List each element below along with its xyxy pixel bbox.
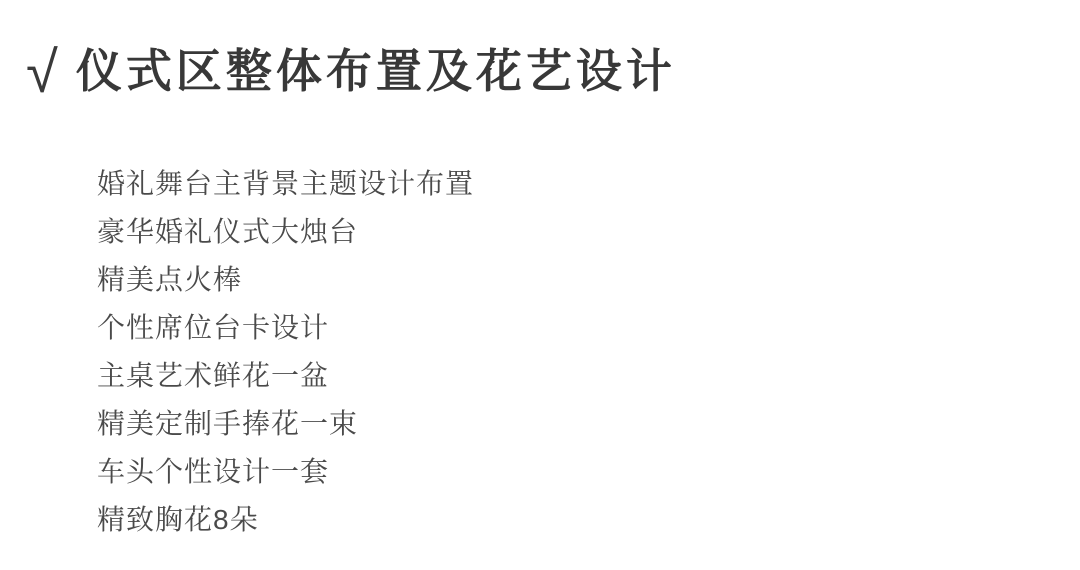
list-item: 婚礼舞台主背景主题设计布置 (97, 160, 474, 208)
list-item: 个性席位台卡设计 (97, 304, 474, 352)
list-item: 豪华婚礼仪式大烛台 (97, 208, 474, 256)
section-header: √ 仪式区整体布置及花艺设计 (26, 40, 676, 98)
package-item-list: 婚礼舞台主背景主题设计布置豪华婚礼仪式大烛台精美点火棒个性席位台卡设计主桌艺术鲜… (97, 160, 474, 544)
list-item: 精美点火棒 (97, 256, 474, 304)
list-item: 精美定制手捧花一束 (97, 400, 474, 448)
section-title: 仪式区整体布置及花艺设计 (76, 45, 676, 98)
list-item: 精致胸花8朵 (97, 496, 474, 544)
list-item: 主桌艺术鲜花一盆 (97, 352, 474, 400)
wedding-package-page: √ 仪式区整体布置及花艺设计 婚礼舞台主背景主题设计布置豪华婚礼仪式大烛台精美点… (0, 0, 1080, 570)
list-item: 车头个性设计一套 (97, 448, 474, 496)
checkmark-icon: √ (26, 44, 58, 102)
